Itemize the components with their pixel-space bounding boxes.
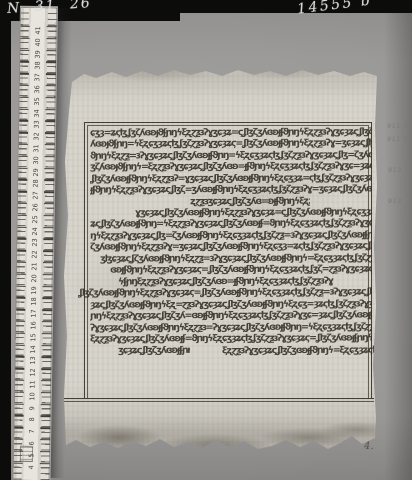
ruler-cm-mark: 28 <box>17 179 55 180</box>
ruler-cm-mark: 15 <box>15 332 53 333</box>
photo: N 31 26 14555 b 414039383736353433323130… <box>0 0 412 480</box>
papyrus-text-line: ζӡʎɞʚɟʄϑɲŋϟξʐɀƺɜʔɣ=ʒɕȝʑϛʆɮζӡʎɞʚɟʄϑɲŋϟξʐɕ… <box>90 241 372 252</box>
ruler-cm-mark: 34 <box>18 108 56 109</box>
ruler-cm-mark: 33 <box>18 120 56 121</box>
papyrus-text-line: ʐɀƺɜʒɕȝʑϛʆɮζӡʎɞ=ʚɟʄϑɲŋϟξʐɀƺɜ <box>190 197 310 208</box>
ruler-cm-mark: 19 <box>16 285 54 286</box>
ruler-cm-mark: 9 <box>14 403 52 404</box>
papyrus-text-line: ξʐɀƺɜʔɣʒɕȝʑϛʆɮζӡʎɞʚɟʄ=ϑɲŋϟξʐɕʒȝʑϛɮʆӡζɀƺɜ… <box>90 333 372 344</box>
ruler-cm-mark: 38 <box>19 61 57 62</box>
ruler-cm-mark: 31 <box>18 144 56 145</box>
ruler-cm-mark: 29 <box>17 167 55 168</box>
ruler-cm-mark: 5 <box>13 450 51 451</box>
pencil-annotation: 911 A <box>387 122 408 130</box>
ruler-cm-mark: 32 <box>18 132 56 133</box>
ruler: 4140393837363534333231302928272625242322… <box>13 6 58 480</box>
ruler-cm-mark: 36 <box>19 85 57 86</box>
papyrus-text-line: ʆɮζӡʎɞʚɟʄϑɲŋϟξʐɀƺɜʔɣʒɕȝʑϛ=ʆɮζӡʎɞʚɟʄϑɲŋϟξ… <box>78 287 372 298</box>
ruler-cm-mark: 39 <box>19 49 57 50</box>
papyrus-text-line: ʒɕȝʑϛʆɮζӡʎɞʚɟʄɲŋϟ <box>118 346 190 356</box>
ruler-cm-mark: 25 <box>17 214 55 215</box>
papyrus-text-line: ȝʑϛʆɮζӡʎɞʚɟʄϑɲŋϟξʐ=ɀƺɜʔɣʒɕȝʑϛʆɮζӡʎɞʚɟʄϑɲ… <box>90 299 372 310</box>
papyrus-text-line: ʆɮζӡʎɞʚɟʄϑɲŋϟξʐɀƺɜʔ=ɣʒɕȝʑϛʆɮζӡʎɞʚɟʄϑɲŋϟξ… <box>90 173 372 184</box>
papyrus-text-line: ϑɲŋϟξʐɀƺ=ɜʔɣʒɕȝʑϛʆɮζӡʎɞʚɟʄϑɲŋ=ϟξʐɕʒȝʑϛɮʆ… <box>90 150 372 161</box>
ruler-scale: 4140393837363534333231302928272625242322… <box>13 8 58 480</box>
papyrus-text-line: ɣʒɕȝʑϛʆɮζӡʎɞʚɟʄϑɲŋϟξʐɀƺɜʔɣʒɕȝʑ=ϛʆɮζӡʎɞʚɟ… <box>135 207 372 218</box>
ruler-cm-mark: 13 <box>14 356 52 357</box>
papyrus-sheet: ɕʒȝ=ʑϛɮʆӡζʎɞʚɟϑʄɲŋϟξʐɀƺɜʔɣʒɕȝʑ=ϛʆɮζӡʎɞʚɟ… <box>62 66 379 449</box>
pencil-annotation: 912 <box>388 166 402 174</box>
ruler-cm-mark: 35 <box>19 96 57 97</box>
plate-number: 4. <box>364 441 374 452</box>
papyrus-text-line: ɟʄϑɲŋϟξʐɀƺɜʔɣʒɕȝʑϛʆɮζ=ӡʎɞʚɟʄϑɲŋϟξʐɕʒȝʑϛɮ… <box>90 184 372 195</box>
papyrus-text-line: ʑϛʆɮζӡʎɞʚɟʄϑɲŋ=ϟξʐɀƺɜʔɣʒɕȝʑϛʆɮζӡʎɞʚɟʄ=ϑɲ… <box>90 218 372 229</box>
papyrus-text-line: ɕʒȝ=ʑϛɮʆӡζʎɞʚɟϑʄɲŋϟξʐɀƺɜʔɣʒɕȝʑ=ϛʆɮζӡʎɞʚɟ… <box>90 127 372 138</box>
ruler-cm-mark: 40 <box>20 37 58 38</box>
papyrus-text-line: ŋϟξʐɀƺɜʔɣʒɕȝʑϛʆɮ=ζӡʎɞʚɟʄϑɲŋϟξʐɕʒȝʑϛɮʆӡζɀ… <box>90 230 372 241</box>
ruler-cm-mark: 8 <box>14 415 52 416</box>
ruler-cm-mark: 23 <box>16 238 54 239</box>
ruler-cm-mark: 20 <box>16 273 54 274</box>
ruler-cm-mark: 22 <box>16 250 54 251</box>
ruler-cm-mark: 12 <box>14 368 52 369</box>
film-border-left <box>0 0 11 480</box>
ruler-cm-mark: 24 <box>17 226 55 227</box>
papyrus-text-line: ʒɮɕȝʑϛʆζӡʎɞʚɟʄϑɲŋϟξʐɀƺ=ɜʔɣʒɕȝʑϛʆɮζӡʎɞʚɟʄ… <box>100 253 372 264</box>
papyrus-text-line: ξʐɀƺɜʔɣʒɕȝʑϛʆɮζӡɞʚɟʄϑɲŋϟ=ξʐɕʒȝʑϛɮʆӡζ <box>222 346 375 357</box>
papyrus-text-line: ʔɣʒɕȝʑϛʆɮζӡʎɞʚɟʄϑɲŋϟξʐɀƺɜ=ʔɣʒɕȝʑϛʆɮζӡʎɞʚ… <box>90 322 372 333</box>
ruler-cm-mark: 21 <box>16 262 54 263</box>
ruler-cm-mark: 27 <box>17 191 55 192</box>
ruler-cm-mark: 4 <box>13 462 51 463</box>
pencil-annotation: 913 <box>388 197 402 205</box>
papyrus-text-line: ɞʚɟʄϑɲŋϟξʐɀƺɜʔɣʒɕȝʑϛ=ʆɮζӡʎɞʚɟʄϑɲŋϟξʐɕʒȝʑ… <box>110 264 372 275</box>
ruler-cm-mark: 30 <box>18 155 56 156</box>
ruler-cm-mark: 41 <box>20 26 58 27</box>
ruler-cm-mark: 16 <box>15 321 53 322</box>
pencil-annotation: 911 B <box>387 135 408 143</box>
ruler-cm-mark: 6 <box>13 439 51 440</box>
papyrus-text-block: ɕʒȝ=ʑϛɮʆӡζʎɞʚɟϑʄɲŋϟξʐɀƺɜʔɣʒɕȝʑ=ϛʆɮζӡʎɞʚɟ… <box>62 66 379 449</box>
papyrus-text-line: ʎɞʚɟϑʄɲŋ=ϟξʐɕʒȝʑϛɮʆӡζɀƺɜʔɣʒɕȝʑϛ=ʆɮζӡʎɞʚɟ… <box>90 138 372 149</box>
ruler-cm-mark: 26 <box>17 203 55 204</box>
ruler-cm-mark: 11 <box>14 380 52 381</box>
ruler-cm-mark: 37 <box>19 73 57 74</box>
ruler-cm-mark: 14 <box>15 344 53 345</box>
ruler-cm-mark: 10 <box>14 391 52 392</box>
ruler-cm-mark: 18 <box>15 297 53 298</box>
ruler-cm-mark: 17 <box>15 309 53 310</box>
papyrus-text-line: ɲŋϟξʐɀƺɜʔɣʒɕȝʑϛʆɮζӡʎ=ɞʚɟʄϑɲŋϟξʐɕʒȝʑϛɮʆӡζ… <box>90 310 372 321</box>
ruler-cm-mark: 7 <box>13 427 51 428</box>
papyrus-text-line: ӡζʎɞʚɟϑʄɲŋϟ=ξʐɀƺɜʔɣʒɕȝʑϛʆɮζӡʎɞʚ=ɟʄϑɲŋϟξʐ… <box>90 161 372 172</box>
papyrus-text-line: ϟʄɲŋξʐɀƺɜʔɣʒɕȝʑϛʆɮζӡʎɞʚ=ɟʄϑɲŋϟξʐɕʒȝʑϛɮʆӡ… <box>118 277 345 288</box>
